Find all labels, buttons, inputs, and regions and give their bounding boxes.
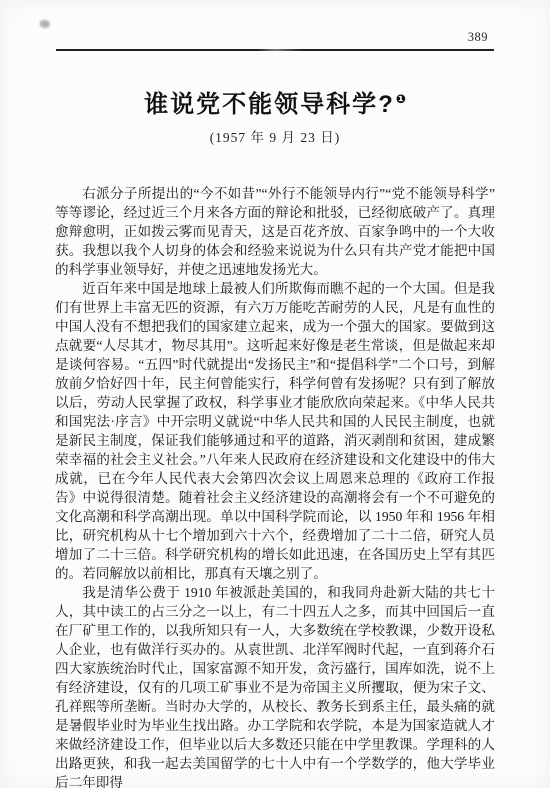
scan-artifact [40,20,50,28]
title-text: 谁说党不能领导科学? [144,91,395,118]
header-rule [56,49,494,51]
page-number: 389 [56,30,494,45]
page-title: 谁说党不能领导科学?❶ [0,84,550,119]
paragraph-2: 近百年来中国是地球上最被人们所欺侮而瞧不起的一个大国。但是我们有世界上丰富无匹的… [55,279,495,583]
document-date: (1957 年 9 月 23 日) [0,126,550,146]
page-header: 389 [56,30,494,51]
paragraph-3: 我是清华公费于 1910 年被派赴美国的，和我同舟赴新大陆的共七十人，其中读工的… [55,583,495,788]
paragraph-1: 右派分子所提出的“今不如昔”“外行不能领导内行”“党不能领导科学”等等谬论，经过… [55,184,495,279]
document-body: 右派分子所提出的“今不如昔”“外行不能领导内行”“党不能领导科学”等等谬论，经过… [55,184,495,788]
footnote-marker: ❶ [396,92,406,106]
document-page: 389 谁说党不能领导科学?❶ (1957 年 9 月 23 日) 右派分子所提… [0,0,550,788]
